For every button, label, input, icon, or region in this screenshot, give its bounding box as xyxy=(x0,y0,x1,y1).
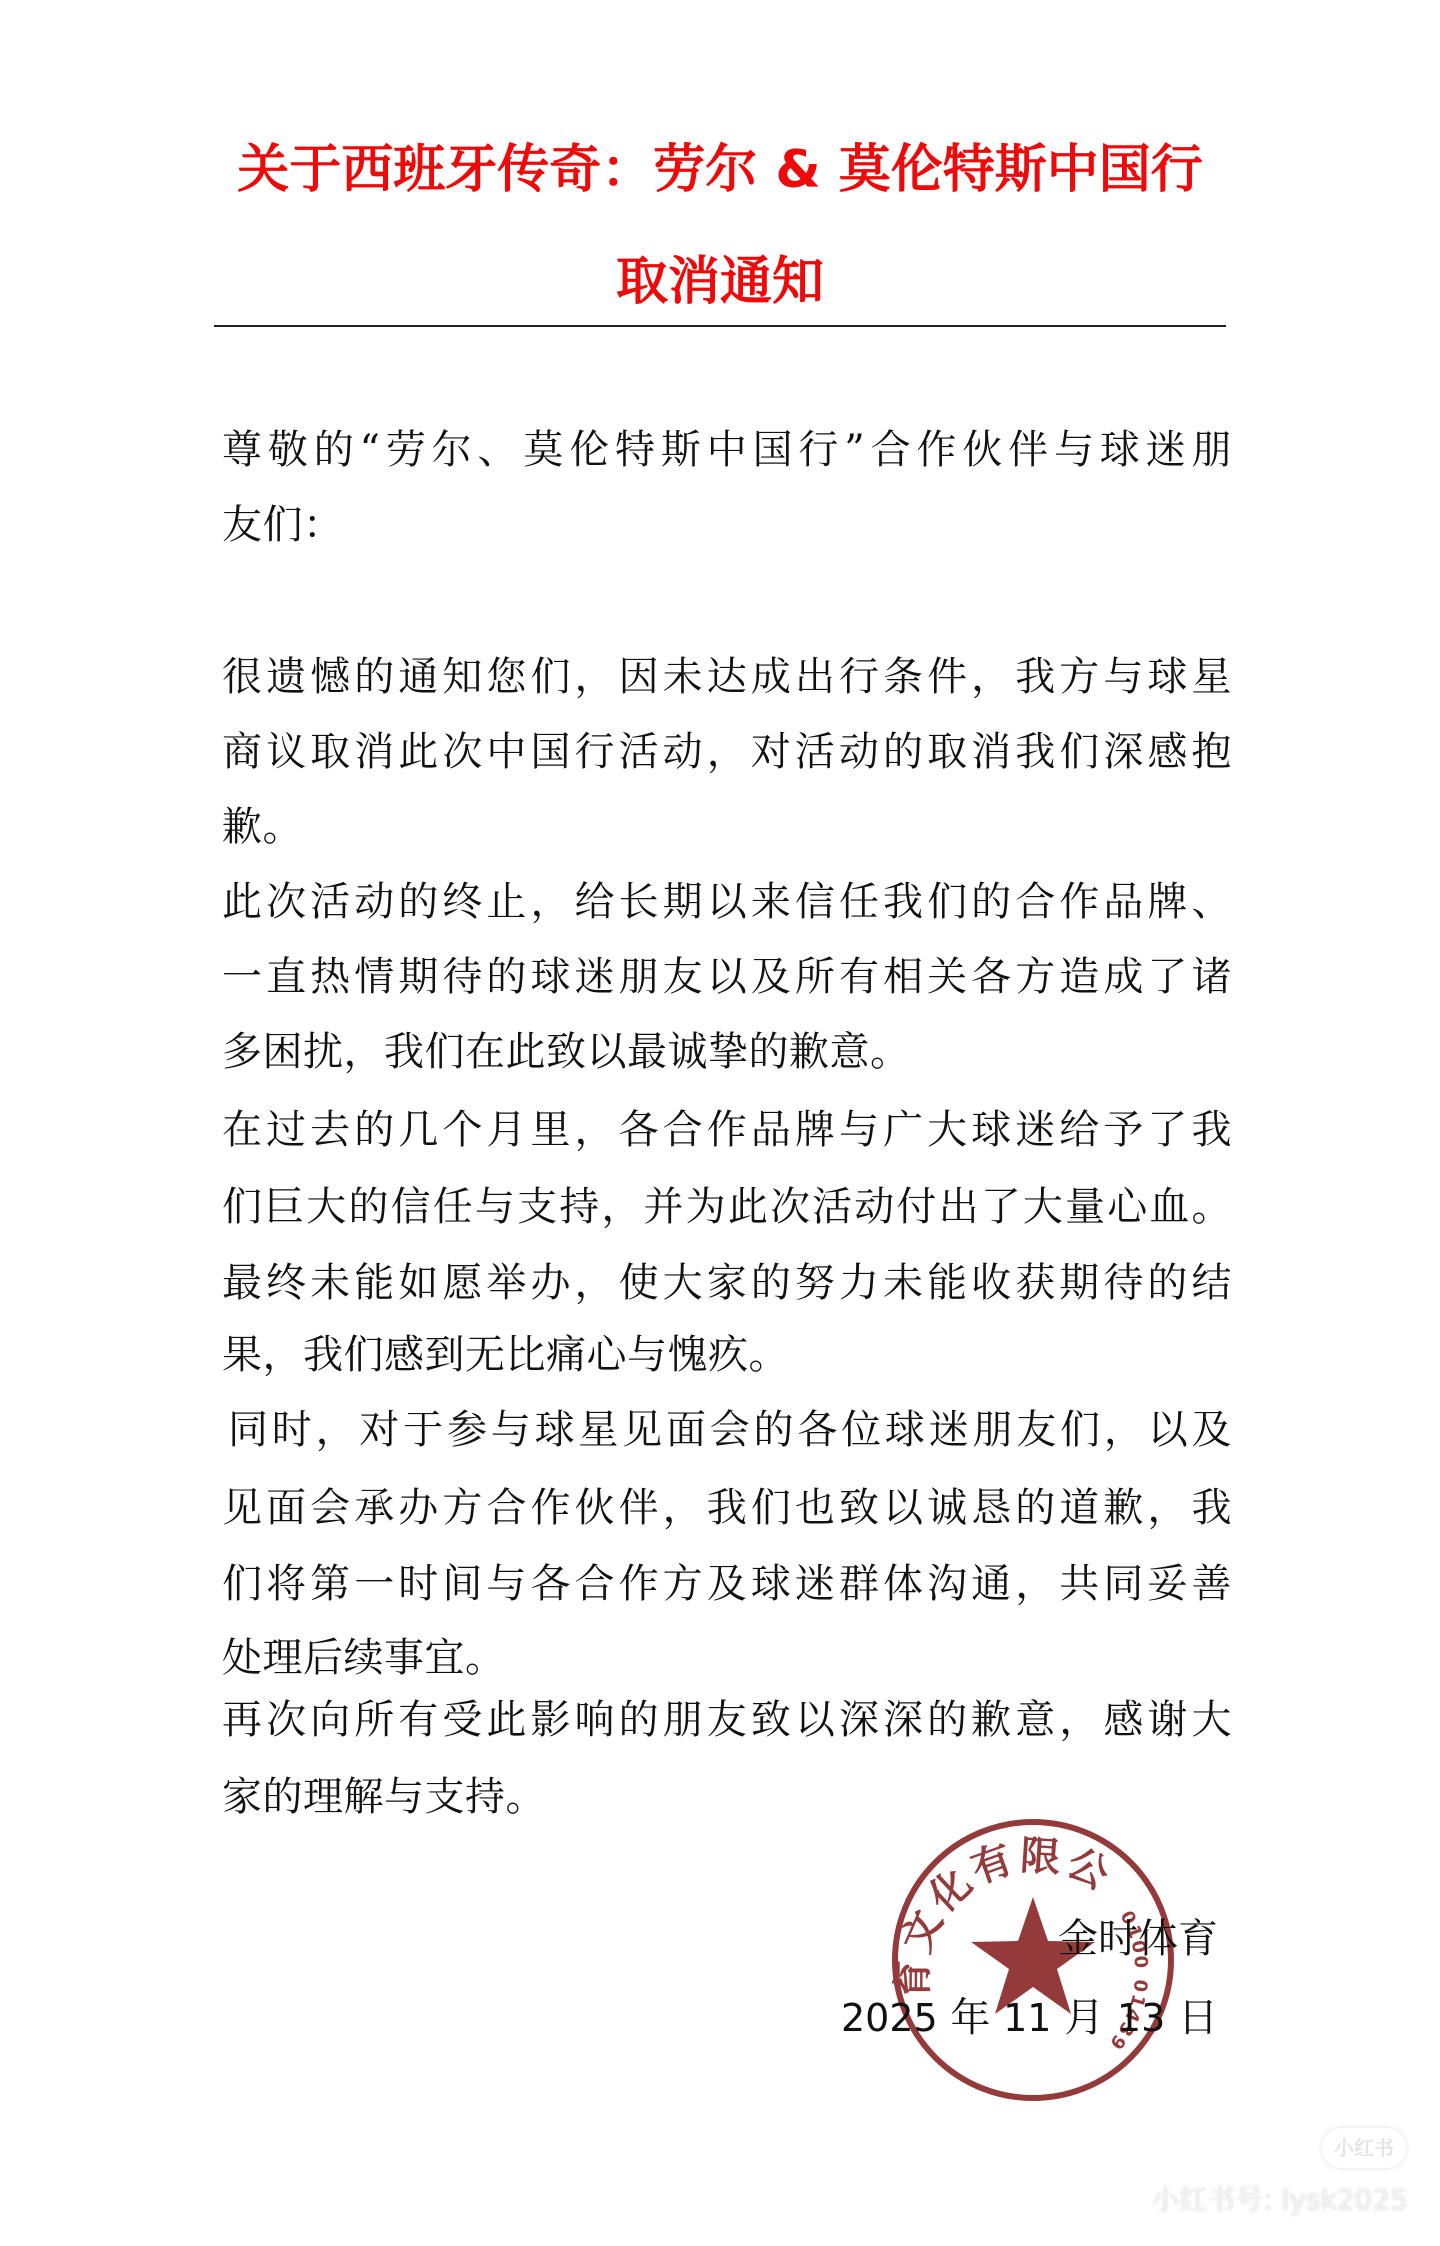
paragraph-2-line: 一直热情期待的球迷朋友以及所有相关各方造成了诸 xyxy=(222,953,1232,1001)
date-day: 13 xyxy=(1117,1996,1165,2040)
paragraph-3-line: 们巨大的信任与支持，并为此次活动付出了大量心血。 xyxy=(222,1183,1232,1231)
date-year: 2025 xyxy=(841,1996,938,2040)
date-month-unit: 月 xyxy=(1064,1995,1104,2041)
date-month: 11 xyxy=(1003,1996,1051,2040)
xiaohongshu-logo-badge: 小红书 xyxy=(1322,2128,1406,2168)
paragraph-2-line: 此次活动的终止，给长期以来信任我们的合作品牌、 xyxy=(222,878,1232,926)
paragraph-4-line: 同时，对于参与球星见面会的各位球迷朋友们，以及 xyxy=(228,1406,1232,1454)
title-divider xyxy=(214,325,1226,327)
paragraph-3-line: 果，我们感到无比痛心与愧疚。 xyxy=(222,1331,1232,1379)
salutation-line: 尊敬的“劳尔、莫伦特斯中国行”合作伙伴与球迷朋 xyxy=(222,426,1232,474)
date-year-unit: 年 xyxy=(950,1995,990,2041)
paragraph-3-line: 最终未能如愿举办，使大家的努力未能收获期待的结 xyxy=(222,1259,1232,1307)
paragraph-2-line: 多困扰，我们在此致以最诚挚的歉意。 xyxy=(222,1028,1232,1076)
paragraph-4-line: 见面会承办方合作伙伴，我们也致以诚恳的道歉，我 xyxy=(222,1484,1232,1532)
paragraph-4-line: 们将第一时间与各合作方及球迷群体沟通，共同妥善 xyxy=(222,1560,1232,1608)
paragraph-1-line: 歉。 xyxy=(222,803,1232,851)
notice-title: 关于西班牙传奇：劳尔 & 莫伦特斯中国行 xyxy=(0,140,1440,200)
paragraph-1-line: 很遗憾的通知您们，因未达成出行条件，我方与球星 xyxy=(222,653,1232,701)
salutation-line: 友们： xyxy=(222,501,1232,549)
paragraph-3-line: 在过去的几个月里，各合作品牌与广大球迷给予了我 xyxy=(222,1106,1232,1154)
paragraph-5-line: 再次向所有受此影响的朋友致以深深的歉意，感谢大 xyxy=(222,1696,1232,1744)
paragraph-1-line: 商议取消此次中国行活动，对活动的取消我们深感抱 xyxy=(222,728,1232,776)
signature-organization: 金时体育 xyxy=(1058,1915,1218,1963)
stamp-arc-text: 育文化有限公司 xyxy=(888,1815,1120,2000)
date-day-unit: 日 xyxy=(1178,1995,1218,2041)
notice-subtitle: 取消通知 xyxy=(0,252,1440,312)
paragraph-4-line: 处理后续事宜。 xyxy=(222,1634,1232,1682)
signature-date: 2025 年 11 月 13 日 xyxy=(841,1994,1218,2042)
paragraph-5-line: 家的理解与支持。 xyxy=(222,1773,1232,1821)
xiaohongshu-account-watermark: 小红书号: lysk2025 xyxy=(1150,2182,1408,2218)
